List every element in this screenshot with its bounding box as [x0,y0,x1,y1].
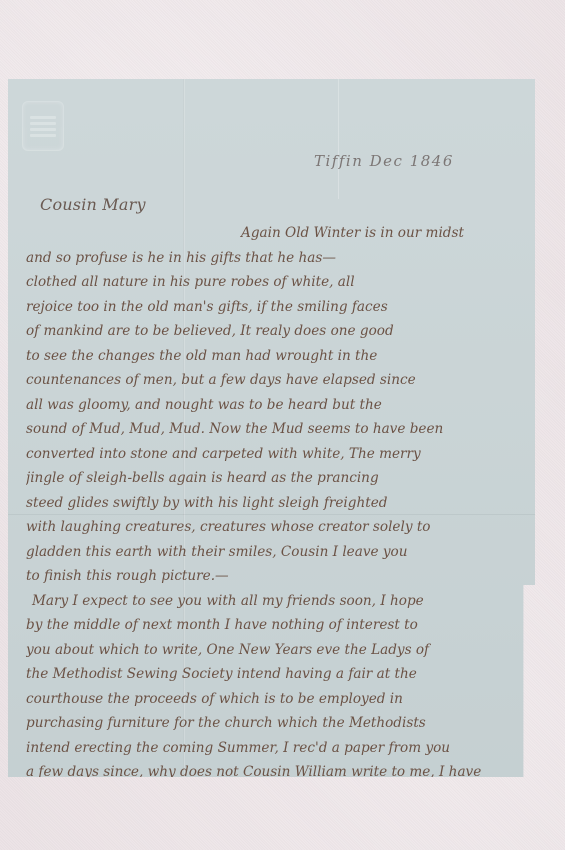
letter-sheet: Tiffin Dec 1846 Cousin Mary Again Old Wi… [8,79,535,777]
letter-body: Again Old Winter is in our midst and so … [26,221,536,850]
embossed-seal-icon [22,101,64,151]
letter-line: courthouse the proceeds of which is to b… [26,687,536,712]
letter-line: clothed all nature in his pure robes of … [26,270,536,295]
letter-line: sound of Mud, Mud, Mud. Now the Mud seem… [26,417,536,442]
letter-line: by the middle of next month I have nothi… [26,613,536,638]
salutation: Cousin Mary [40,195,146,214]
letter-line: rejoice too in the old man's gifts, if t… [26,295,536,320]
letter-line: a few days since, why does not Cousin Wi… [26,760,536,785]
letter-line: written to him several times and not had… [26,785,536,810]
letter-line: to finish this rough picture.— [26,564,536,589]
letter-line: with laughing creatures, creatures whose… [26,515,536,540]
letter-line: steed glides swiftly by with his light s… [26,491,536,516]
letter-line: Mary I expect to see you with all my fri… [26,589,536,614]
letter-line: countenances of men, but a few days have… [26,368,536,393]
letter-line: and so profuse is he in his gifts that h… [26,246,536,271]
letter-line: to see the changes the old man had wroug… [26,344,536,369]
letter-line: purchasing furniture for the church whic… [26,711,536,736]
letter-line: the reason of this I cannot imagine. Giv… [26,809,536,834]
fold-line-vertical-secondary [338,79,339,199]
letter-line: the Methodist Sewing Society intend havi… [26,662,536,687]
letter-line: you about which to write, One New Years … [26,638,536,663]
letter-line: all was gloomy, and nought was to be hea… [26,393,536,418]
letter-line: converted into stone and carpeted with w… [26,442,536,467]
letter-line: gladden this earth with their smiles, Co… [26,540,536,565]
letter-line: jingle of sleigh-bells again is heard as… [26,466,536,491]
letter-closing-line: you have time— I am well at present and … [26,834,536,850]
letter-line: of mankind are to be believed, It realy … [26,319,536,344]
letter-line: intend erecting the coming Summer, I rec… [26,736,536,761]
dateline: Tiffin Dec 1846 [314,152,454,170]
letter-line: Again Old Winter is in our midst [26,221,536,246]
